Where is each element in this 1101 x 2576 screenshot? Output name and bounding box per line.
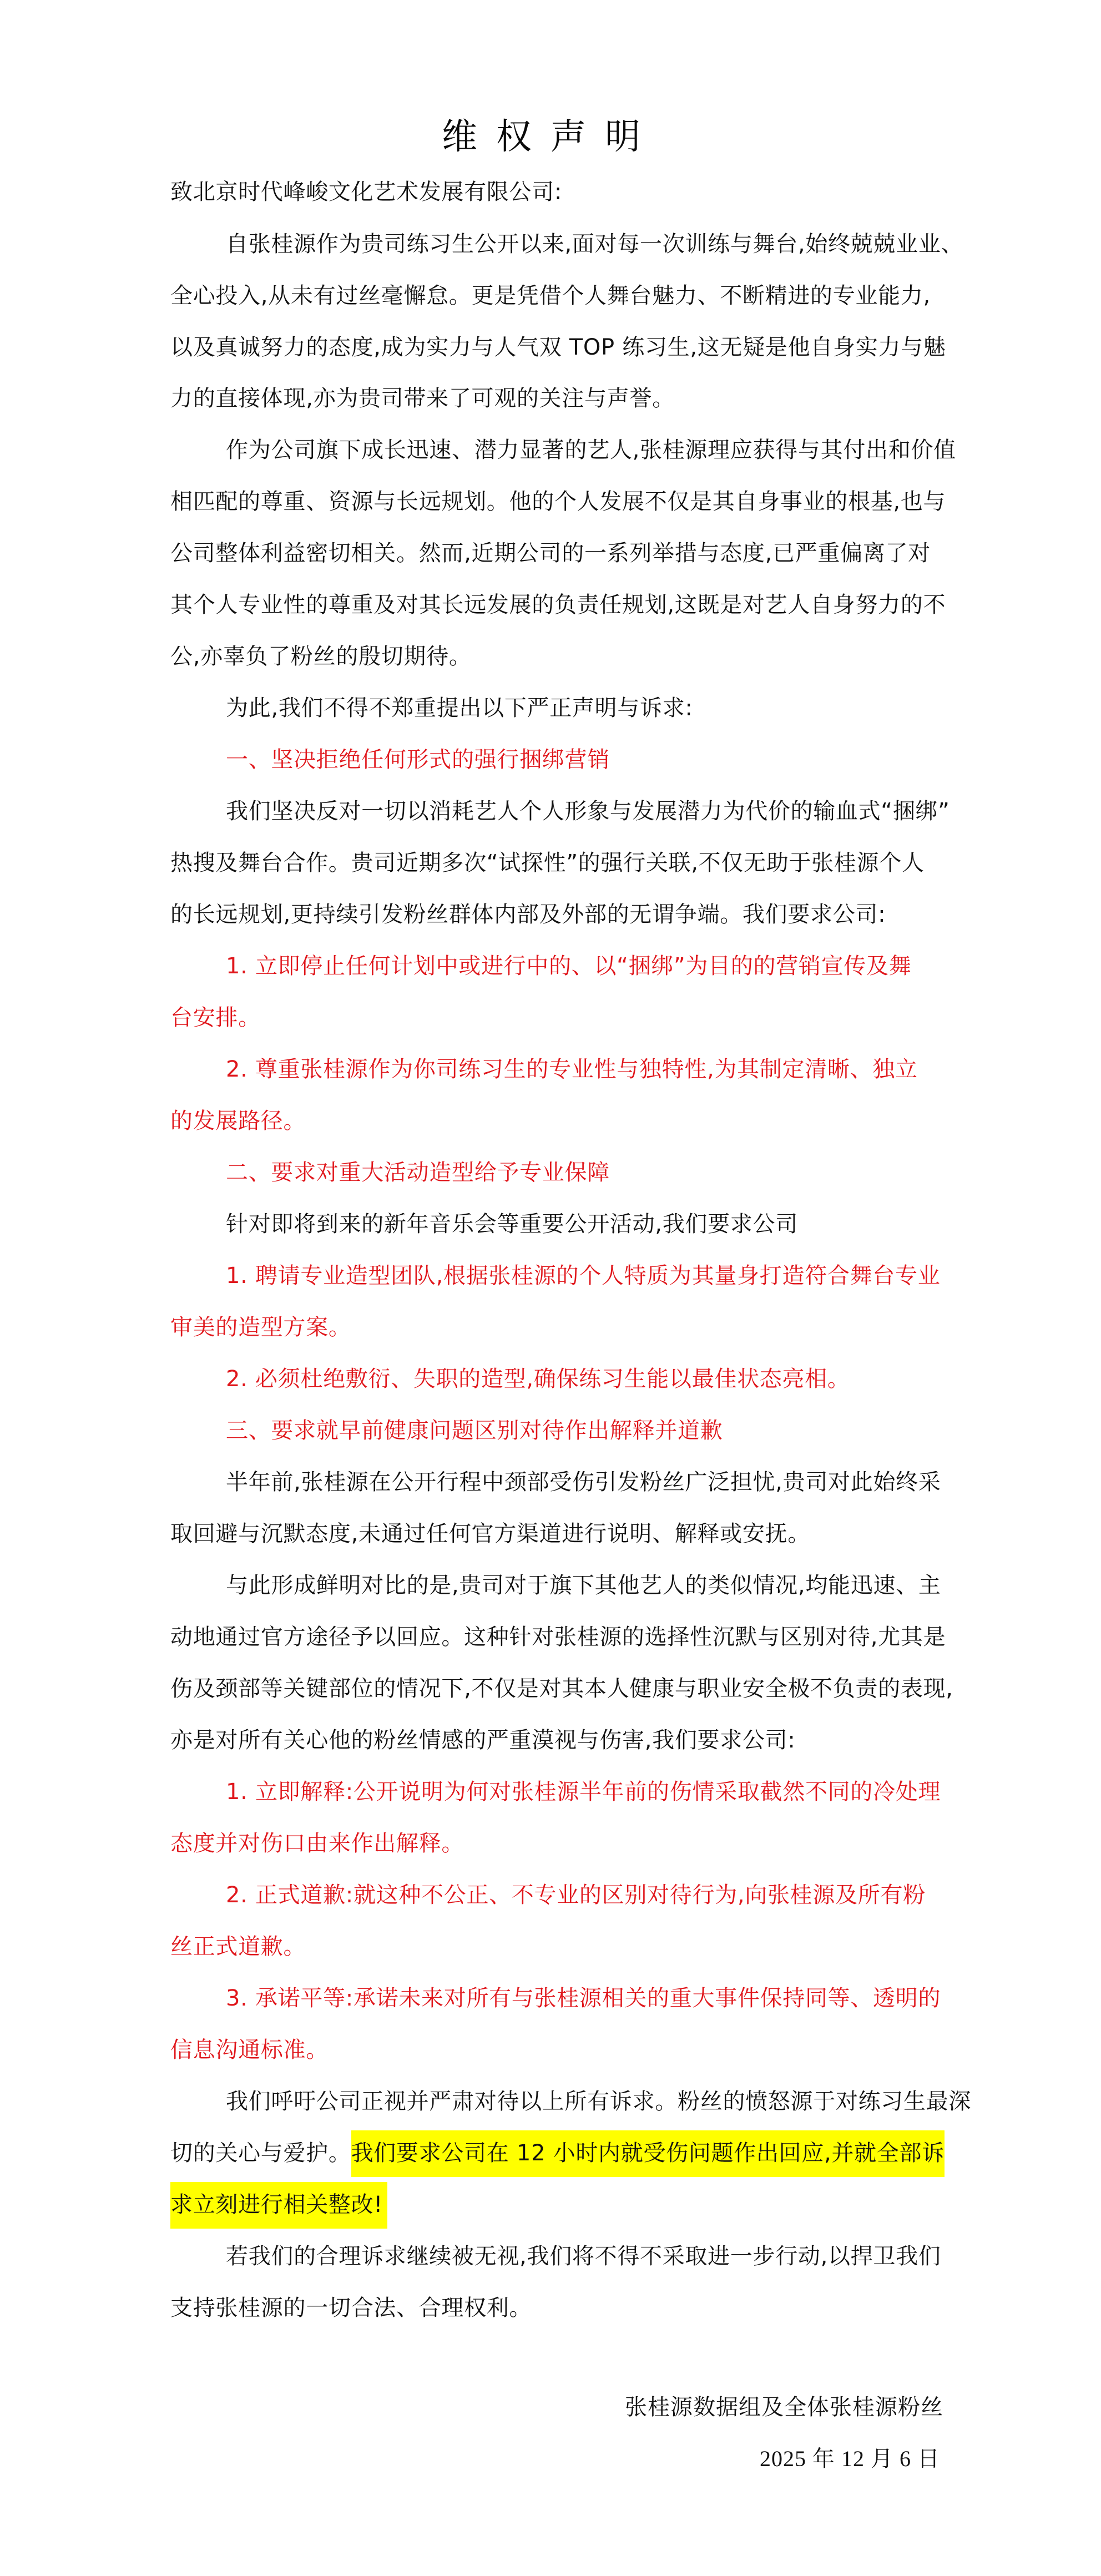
demand-item: 态度并对伤口由来作出解释。 [170, 1828, 464, 1859]
body-line: 的长远规划,更持续引发粉丝群体内部及外部的无谓争端。我们要求公司: [170, 899, 886, 930]
demand-item: 2. 正式道歉:就这种不公正、不专业的区别对待行为,向张桂源及所有粉 [226, 1880, 926, 1911]
closing-line: 支持张桂源的一切合法、合理权利。 [170, 2292, 532, 2324]
salutation: 致北京时代峰峻文化艺术发展有限公司: [170, 176, 562, 208]
body-line: 作为公司旗下成长迅速、潜力显著的艺人,张桂源理应获得与其付出和价值 [226, 435, 956, 466]
body-line: 我们呼吁公司正视并严肃对待以上所有诉求。粉丝的愤怒源于对练习生最深 [226, 2086, 971, 2117]
body-line: 自张桂源作为贵司练习生公开以来,面对每一次训练与舞台,始终兢兢业业、 [226, 229, 963, 260]
highlight-line: 切的关心与爱护。我们要求公司在 12 小时内就受伤问题作出回应,并就全部诉 [170, 2138, 945, 2169]
signature: 张桂源数据组及全体张桂源粉丝 [625, 2392, 943, 2423]
body-line: 动地通过官方途径予以回应。这种针对张桂源的选择性沉默与区别对待,尤其是 [170, 1622, 946, 1653]
body-line: 亦是对所有关心他的粉丝情感的严重漠视与伤害,我们要求公司: [170, 1725, 796, 1756]
section-heading-1: 一、坚决拒绝任何形式的强行捆绑营销 [226, 744, 610, 775]
body-line: 与此形成鲜明对比的是,贵司对于旗下其他艺人的类似情况,均能迅速、主 [226, 1570, 941, 1601]
body-line: 半年前,张桂源在公开行程中颈部受伤引发粉丝广泛担忧,贵司对此始终采 [226, 1467, 941, 1498]
highlight-line: 求立刻进行相关整改! [170, 2189, 387, 2220]
section-heading-3: 三、要求就早前健康问题区别对待作出解释并道歉 [226, 1415, 723, 1446]
closing-line: 若我们的合理诉求继续被无视,我们将不得不采取进一步行动,以捍卫我们 [226, 2241, 941, 2272]
highlighted-demand: 求立刻进行相关整改! [170, 2182, 387, 2229]
plain-text: 切的关心与爱护。 [170, 2140, 351, 2166]
body-line: 伤及颈部等关键部位的情况下,不仅是对其本人健康与职业安全极不负责的表现, [170, 1673, 953, 1704]
body-line: 取回避与沉默态度,未通过任何官方渠道进行说明、解释或安抚。 [170, 1518, 810, 1549]
demand-item: 2. 必须杜绝敷衍、失职的造型,确保练习生能以最佳状态亮相。 [226, 1363, 850, 1395]
date: 2025 年 12 月 6 日 [760, 2443, 940, 2474]
demand-item: 2. 尊重张桂源作为你司练习生的专业性与独特性,为其制定清晰、独立 [226, 1054, 918, 1085]
body-line: 针对即将到来的新年音乐会等重要公开活动,我们要求公司 [226, 1209, 798, 1240]
body-line: 全心投入,从未有过丝毫懈怠。更是凭借个人舞台魅力、不断精进的专业能力, [170, 280, 931, 311]
body-line: 以及真诚努力的态度,成为实力与人气双 TOP 练习生,这无疑是他自身实力与魅 [170, 332, 946, 363]
body-line: 相匹配的尊重、资源与长远规划。他的个人发展不仅是其自身事业的根基,也与 [170, 486, 946, 517]
body-line: 力的直接体现,亦为贵司带来了可观的关注与声誉。 [170, 383, 675, 414]
demand-item: 3. 承诺平等:承诺未来对所有与张桂源相关的重大事件保持同等、透明的 [226, 1983, 941, 2014]
demand-item: 丝正式道歉。 [170, 1931, 306, 1962]
demand-item: 审美的造型方案。 [170, 1312, 351, 1343]
section-heading-2: 二、要求对重大活动造型给予专业保障 [226, 1157, 610, 1188]
demand-item: 1. 聘请专业造型团队,根据张桂源的个人特质为其量身打造符合舞台专业 [226, 1260, 940, 1291]
highlighted-demand: 我们要求公司在 12 小时内就受伤问题作出回应,并就全部诉 [351, 2130, 945, 2177]
body-line: 热搜及舞台合作。贵司近期多次“试探性”的强行关联,不仅无助于张桂源个人 [170, 847, 925, 878]
demand-item: 1. 立即解释:公开说明为何对张桂源半年前的伤情采取截然不同的冷处理 [226, 1776, 941, 1807]
document-title: 维权声明 [0, 108, 1101, 159]
body-line: 为此,我们不得不郑重提出以下严正声明与诉求: [226, 693, 693, 724]
body-line: 公,亦辜负了粉丝的殷切期待。 [170, 641, 472, 672]
demand-item: 1. 立即停止任何计划中或进行中的、以“捆绑”为目的的营销宣传及舞 [226, 951, 911, 982]
body-line: 其个人专业性的尊重及对其长远发展的负责任规划,这既是对艺人自身努力的不 [170, 589, 946, 620]
body-line: 公司整体利益密切相关。然而,近期公司的一系列举措与态度,已严重偏离了对 [170, 538, 931, 569]
demand-item: 台安排。 [170, 1002, 261, 1033]
statement-page: 维权声明 致北京时代峰峻文化艺术发展有限公司: 自张桂源作为贵司练习生公开以来,… [0, 0, 1101, 2576]
demand-item: 的发展路径。 [170, 1105, 306, 1137]
demand-item: 信息沟通标准。 [170, 2034, 329, 2065]
body-line: 我们坚决反对一切以消耗艺人个人形象与发展潜力为代价的输血式“捆绑” [226, 796, 950, 827]
